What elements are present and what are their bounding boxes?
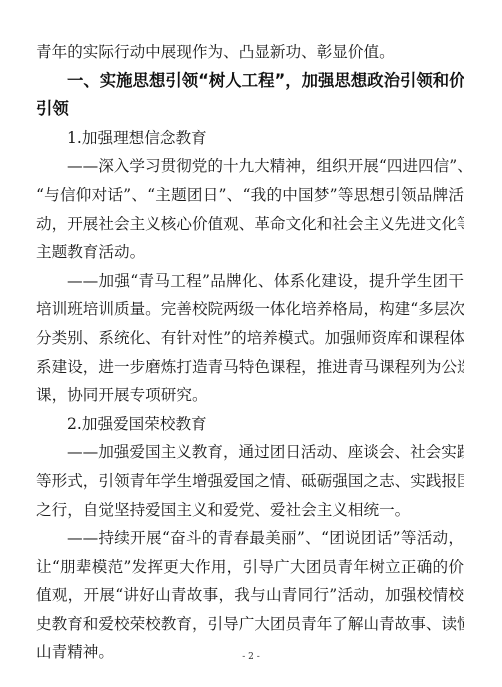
paragraph-line: 青年的实际行动中展现作为、凸显新功、彰显价值。: [36, 38, 464, 67]
paragraph-line: 主题教育活动。: [36, 238, 464, 267]
paragraph-line: ——加强爱国主义教育，通过团日活动、座谈会、社会实践: [36, 438, 464, 467]
paragraph-line: 培训班培训质量。完善校院两级一体化培养格局，构建“多层次、: [36, 295, 464, 324]
paragraph-line: 史教育和爱校荣校教育，引导广大团员青年了解山青故事、读懂: [36, 610, 464, 639]
paragraph-line: “与信仰对话”、“主题团日”、“我的中国梦”等思想引领品牌活: [36, 181, 464, 210]
paragraph-line: 系建设，进一步磨炼打造青马特色课程，推进青马课程列为公选: [36, 353, 464, 382]
paragraph-line: 之行，自觉坚持爱国主义和爱党、爱社会主义相统一。: [36, 496, 464, 525]
section-heading: 一、实施思想引领“树人工程”，加强思想政治引领和价值: [36, 67, 464, 96]
paragraph-line: ——持续开展“奋斗的青春最美丽”、“团说团话”等活动，: [36, 524, 464, 553]
subheading-1: 1.加强理想信念教育: [36, 124, 464, 153]
paragraph-line: ——加强“青马工程”品牌化、体系化建设，提升学生团干: [36, 267, 464, 296]
paragraph-line: 值观，开展“讲好山青故事，我与山青同行”活动，加强校情校: [36, 581, 464, 610]
paragraph-line: 等形式，引领青年学生增强爱国之情、砥砺强国之志、实践报国: [36, 467, 464, 496]
paragraph-line: 动，开展社会主义核心价值观、革命文化和社会主义先进文化等: [36, 210, 464, 239]
document-body: 青年的实际行动中展现作为、凸显新功、彰显价值。 一、实施思想引领“树人工程”，加…: [36, 38, 464, 667]
paragraph-line: 让“朋辈模范”发挥更大作用，引导广大团员青年树立正确的价: [36, 553, 464, 582]
section-heading-continued: 引领: [36, 95, 464, 124]
paragraph-line: 分类别、系统化、有针对性”的培养模式。加强师资库和课程体: [36, 324, 464, 353]
page-number: - 2 -: [0, 652, 502, 662]
subheading-2: 2.加强爱国荣校教育: [36, 410, 464, 439]
paragraph-line: ——深入学习贯彻党的十九大精神，组织开展“四进四信”、: [36, 152, 464, 181]
document-page: 青年的实际行动中展现作为、凸显新功、彰显价值。 一、实施思想引领“树人工程”，加…: [0, 0, 502, 687]
paragraph-line: 课，协同开展专项研究。: [36, 381, 464, 410]
